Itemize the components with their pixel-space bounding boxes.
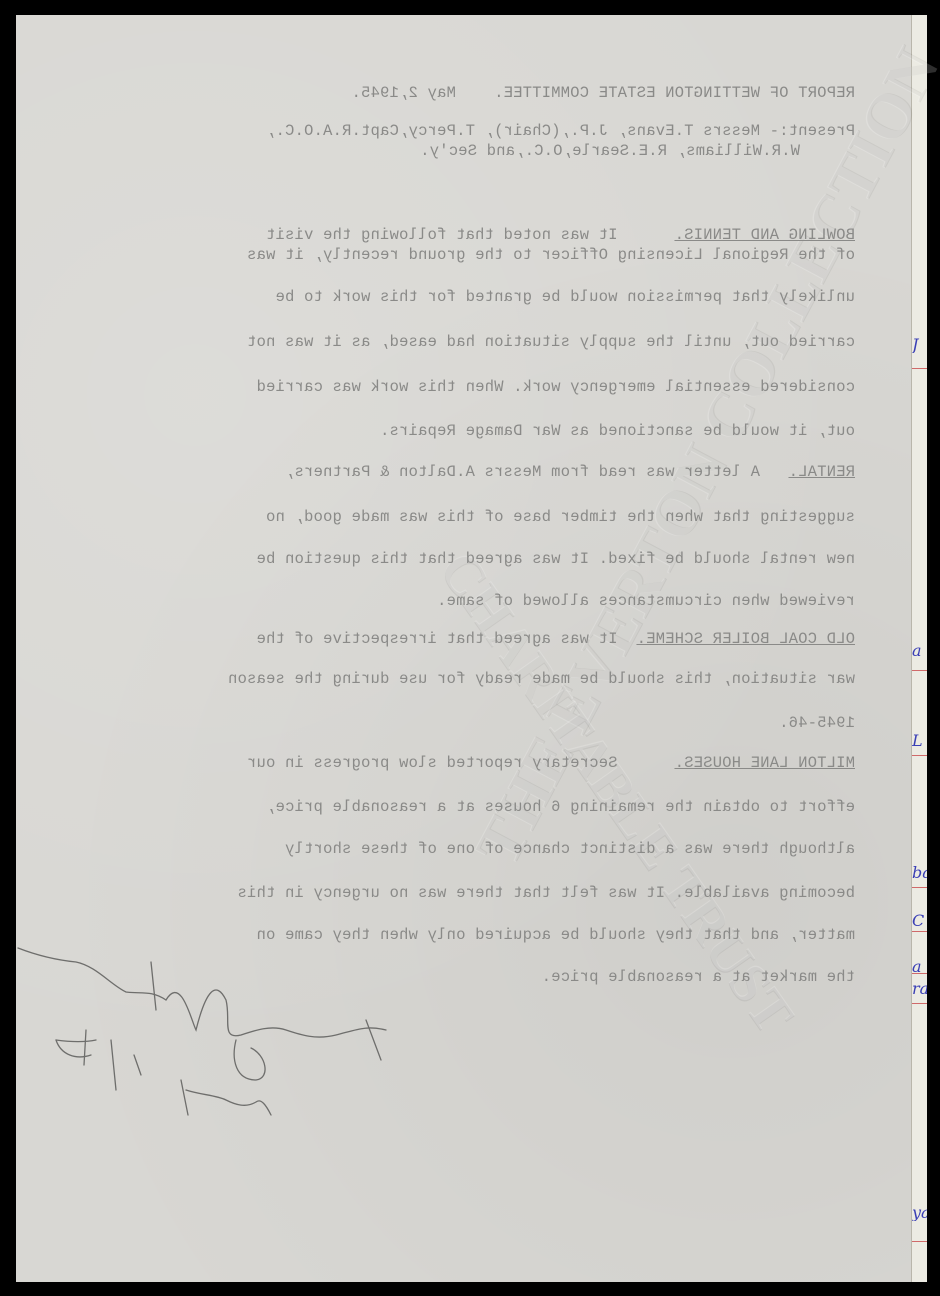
paragraph-line: becoming available. It was felt that the… xyxy=(237,884,855,902)
paragraph-line: BOWLING AND TENNIS. It was noted that fo… xyxy=(266,226,855,244)
section-heading: RENTAL. xyxy=(788,463,855,481)
paragraph-line: out, it would be sanctioned as War Damag… xyxy=(380,422,855,440)
paragraph-line: reviewed when circumstances allowed of s… xyxy=(437,592,855,610)
report-date: May 2,1945. xyxy=(351,84,456,102)
paragraph-line: carried out, until the supply situation … xyxy=(247,333,855,351)
paragraph-line: MILTON LANE HOUSES. Secretary reported s… xyxy=(247,754,855,772)
pencil-signature xyxy=(16,930,416,1130)
present-line: Present:- Messrs T.Evans, J.P.,(Chair), … xyxy=(266,122,855,140)
paragraph-line: unlikely that permission would be grante… xyxy=(275,288,855,306)
paragraph-line: although there was a distinct chance of … xyxy=(285,840,855,858)
section-heading: MILTON LANE HOUSES. xyxy=(674,754,855,772)
section-heading: BOWLING AND TENNIS. xyxy=(674,226,855,244)
paragraph-line: OLD COAL BOILER SCHEME. It was agreed th… xyxy=(256,630,855,648)
section-heading: OLD COAL BOILER SCHEME. xyxy=(636,630,855,648)
paragraph-line: suggesting that when the timber base of … xyxy=(266,508,855,526)
paragraph-line: the market at a reasonable price. xyxy=(541,968,855,986)
paragraph-line: new rental should be fixed. It was agree… xyxy=(256,550,855,568)
paragraph-line: 1945-46. xyxy=(779,714,855,732)
paragraph-line: effort to obtain the remaining 6 houses … xyxy=(266,798,855,816)
paragraph-line: war situation, this should be made ready… xyxy=(228,670,855,688)
paragraph-line: RENTAL. A letter was read from Messrs A.… xyxy=(285,463,855,481)
report-title: REPORT OF WETTINGTON ESTATE COMMITTEE. M… xyxy=(351,84,855,102)
present-line: W.R.Williams, R.E.Searle,O.C.,and Sec'y. xyxy=(420,142,800,160)
paragraph-line: of the Regional Licensing Officer to the… xyxy=(247,246,855,264)
paragraph-line: considered essential emergency work. Whe… xyxy=(256,378,855,396)
